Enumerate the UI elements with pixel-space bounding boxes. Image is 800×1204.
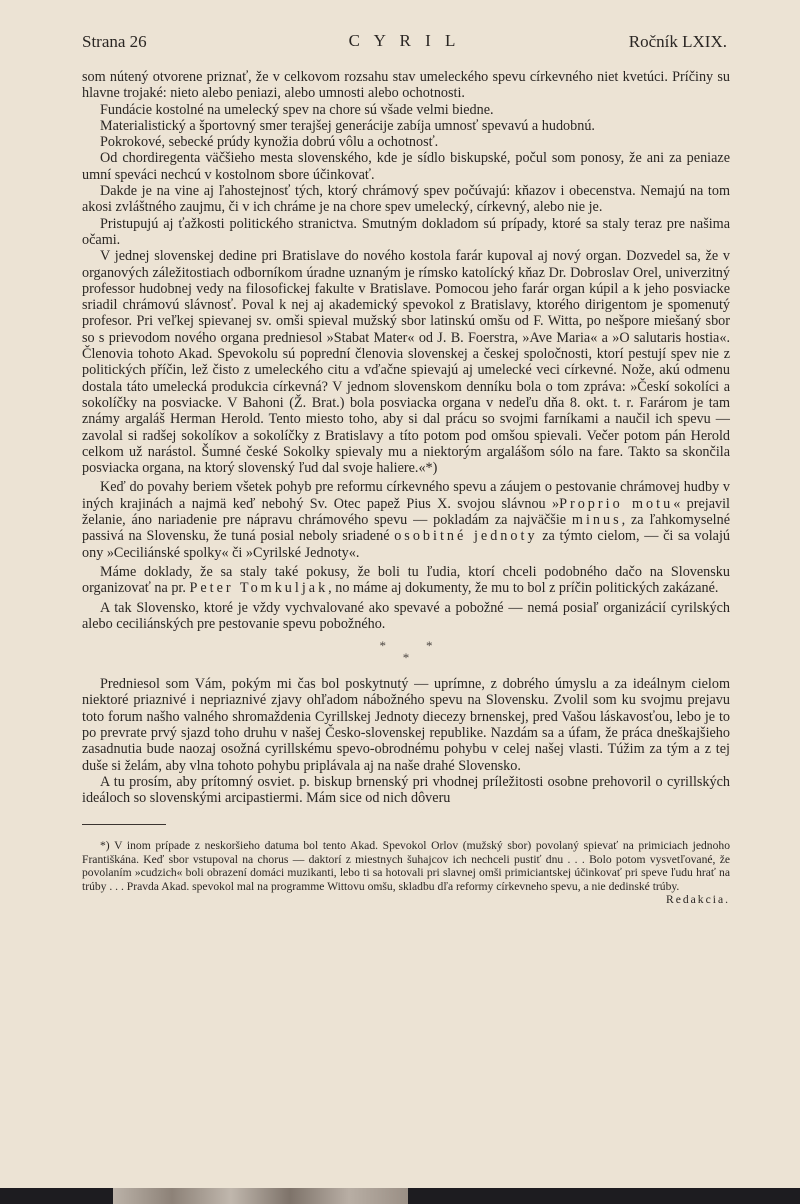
paragraph: A tu prosím, aby prítomný osviet. p. bis… [82,774,730,807]
paragraph: Fundácie kostolné na umelecký spev na ch… [82,102,730,118]
asterisk-icon: * [380,640,387,652]
paragraph: Pristupujú aj ťažkosti politického stran… [82,216,730,249]
underlying-page [113,1188,408,1204]
article-body: som nútený otvorene priznať, že v celkov… [82,69,730,907]
paragraph-reform: Keď do povahy beriem všetek pohyb pre re… [82,479,730,560]
asterisk-icon: * [403,650,410,665]
volume-label: Ročník LXIX. [629,32,727,52]
paragraph: A tak Slovensko, ktoré je vždy vychvalov… [82,600,730,633]
footnote-signature: Redakcia. [648,893,730,906]
emphasis-osobitne-jednoty: osobitné jednoty [394,528,537,544]
section-separator: ** * [82,640,730,664]
paragraph: som nútený otvorene priznať, že v celkov… [82,69,730,102]
paragraph: V jednej slovenskej dedine pri Bratislav… [82,248,730,476]
emphasis-proprio-motu: Proprio motu [559,496,673,512]
emphasis-name: Peter Tomkuljak [189,580,328,596]
footnote: *) V inom prípade z neskoršieho datuma b… [82,839,730,893]
scan-bottom-edge [0,1188,800,1204]
footnote-divider [82,824,166,825]
footnote-text: *) V inom prípade z neskoršieho datuma b… [82,839,730,892]
asterisk-icon: * [426,640,433,652]
paragraph: Pokrokové, sebecké prúdy kynožia dobrú v… [82,134,730,150]
emphasis-minus: minus [572,512,622,528]
paragraph: Predniesol som Vám, pokým mi čas bol pos… [82,676,730,774]
paragraph: Dakde je na vine aj ľahostejnosť tých, k… [82,183,730,216]
page-header: Strana 26 C Y R I L Ročník LXIX. [82,32,727,56]
paragraph: Materialistický a športovný smer terajše… [82,118,730,134]
scanned-page: Strana 26 C Y R I L Ročník LXIX. som nút… [0,0,800,1188]
paragraph-evidence: Máme doklady, že sa staly také pokusy, ž… [82,564,730,597]
text-run: , no máme aj dokumenty, že mu to bol z p… [328,580,718,596]
paragraph: Od chordiregenta väčšieho mesta slovensk… [82,150,730,183]
